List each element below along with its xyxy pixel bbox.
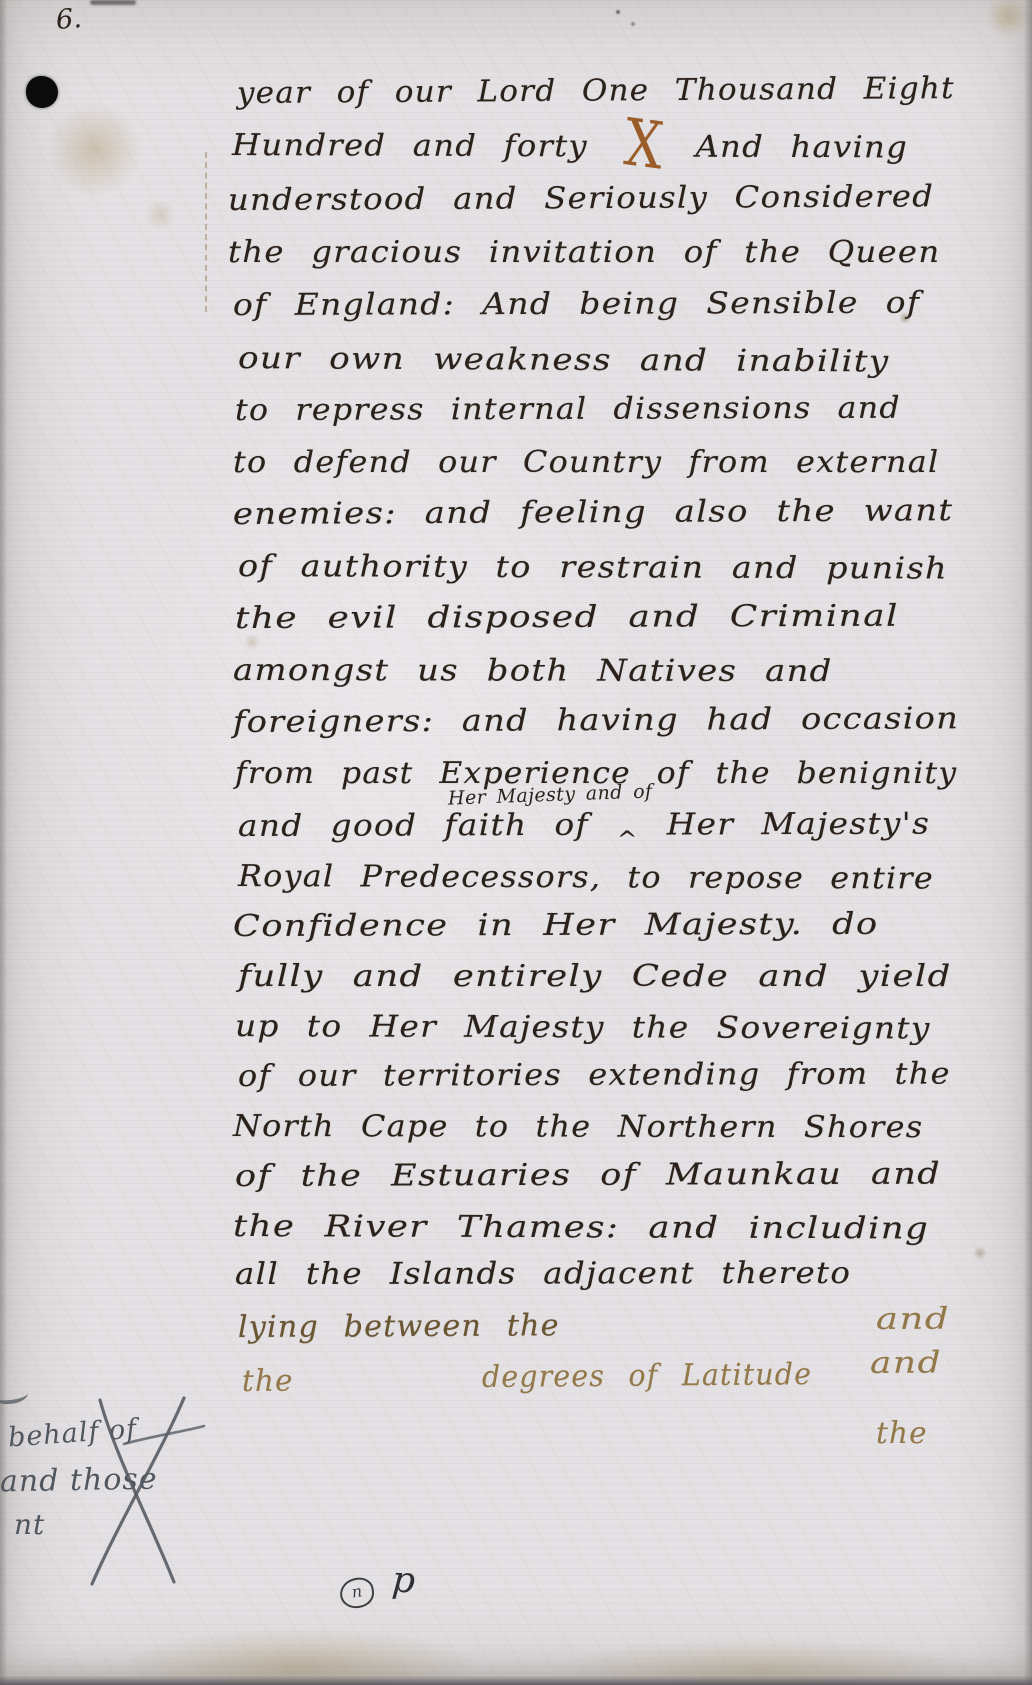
- paper-right-edge: [1024, 0, 1032, 1685]
- manuscript-line: our own weakness and inability: [238, 341, 890, 379]
- paper-left-edge: [0, 0, 7, 1685]
- manuscript-line: Royal Predecessors, to repose entire: [238, 859, 934, 896]
- margin-note-line: nt: [14, 1508, 45, 1541]
- manuscript-line-segment: to defend our Country from external: [233, 445, 939, 480]
- manuscript-line: degrees of Latitude: [482, 1357, 812, 1395]
- manuscript-line-segment: year of our Lord One Thousand Eight: [237, 71, 955, 111]
- manuscript-line: understood and Seriously Considered: [228, 179, 934, 218]
- manuscript-line-segment: of authority to restrain and punish: [238, 549, 948, 586]
- manuscript-line-segment: foreigners: and having had occasion: [233, 701, 959, 740]
- insertion-cross-mark: X: [625, 142, 664, 147]
- manuscript-line: to repress internal dissensions and: [235, 391, 901, 428]
- manuscript-line: the gracious invitation of the Queen: [228, 235, 940, 270]
- manuscript-line-segment: Royal Predecessors, to repose entire: [238, 859, 934, 896]
- manuscript-line: to defend our Country from external: [233, 445, 939, 480]
- manuscript-line: foreigners: and having had occasion: [233, 701, 959, 740]
- manuscript-line: Confidence in Her Majesty. do: [233, 907, 879, 944]
- manuscript-line-segment: Confidence in Her Majesty. do: [233, 907, 879, 944]
- manuscript-line-segment: and good faith of: [238, 808, 589, 844]
- fold-crease-line: [205, 152, 207, 312]
- manuscript-line-segment: of the Estuaries of Maunkau and: [235, 1157, 941, 1194]
- manuscript-line: all the Islands adjacent thereto: [235, 1256, 851, 1292]
- manuscript-line-segment: enemies: and feeling also the want: [233, 493, 954, 532]
- top-edge-smudge: [90, 0, 136, 5]
- manuscript-line: the River Thames: and including: [233, 1209, 929, 1246]
- paper-bottom-edge: [0, 1676, 1032, 1685]
- manuscript-line-segment: Hundred and forty: [232, 128, 588, 164]
- manuscript-line: of our territories extending from the: [238, 1057, 951, 1094]
- manuscript-line-segment: up to Her Majesty the Sovereignty: [235, 1009, 931, 1046]
- manuscript-line: and: [870, 1345, 942, 1381]
- manuscript-page: 6. year of our Lord One Thousand EightHu…: [0, 0, 1032, 1685]
- manuscript-line: fully and entirely Cede and yield: [238, 959, 952, 994]
- manuscript-line-segment: fully and entirely Cede and yield: [238, 959, 952, 994]
- manuscript-line-segment: to repress internal dissensions and: [235, 391, 901, 428]
- manuscript-line-segment: our own weakness and inability: [238, 341, 890, 379]
- manuscript-line-segment: amongst us both Natives and: [233, 653, 833, 689]
- manuscript-line: the: [876, 1416, 928, 1451]
- manuscript-line: up to Her Majesty the Sovereignty: [235, 1009, 931, 1046]
- margin-cross-out-mark: [72, 1392, 222, 1592]
- manuscript-line: of the Estuaries of Maunkau and: [235, 1157, 941, 1194]
- manuscript-line: of authority to restrain and punish: [238, 549, 948, 586]
- manuscript-line-segment: the gracious invitation of the Queen: [228, 235, 940, 270]
- manuscript-line-segment: all the Islands adjacent thereto: [235, 1256, 851, 1292]
- manuscript-line-segment: And having: [695, 130, 908, 166]
- manuscript-line: Hundred and forty X And having: [232, 128, 908, 165]
- page-number: 6.: [55, 3, 83, 36]
- manuscript-line: amongst us both Natives and: [233, 653, 833, 689]
- caret-mark: ^: [617, 828, 639, 853]
- manuscript-line: year of our Lord One Thousand Eight: [237, 71, 955, 111]
- manuscript-line-segment: understood and Seriously Considered: [228, 179, 934, 218]
- manuscript-line: North Cape to the Northern Shores: [233, 1109, 923, 1145]
- circled-letter-mark: n: [338, 1576, 376, 1610]
- manuscript-line-segment: Her Majesty's: [667, 807, 931, 843]
- manuscript-line: enemies: and feeling also the want: [233, 493, 954, 532]
- manuscript-line-segment: the River Thames: and including: [233, 1209, 929, 1246]
- manuscript-line-segment: of England: And being Sensible of: [233, 286, 920, 323]
- manuscript-line: and good faith of ^ Her Majesty's: [238, 807, 930, 844]
- manuscript-line: lying between the: [238, 1308, 560, 1345]
- punch-hole: [26, 76, 58, 108]
- manuscript-line-segment: North Cape to the Northern Shores: [233, 1109, 923, 1145]
- manuscript-line: the evil disposed and Criminal: [235, 599, 899, 636]
- letter-p-mark: p: [391, 1559, 417, 1602]
- manuscript-line: the: [242, 1364, 294, 1399]
- manuscript-line: and: [876, 1302, 950, 1337]
- manuscript-line-segment: the evil disposed and Criminal: [235, 599, 899, 636]
- manuscript-line: of England: And being Sensible of: [233, 286, 920, 323]
- manuscript-line-segment: of our territories extending from the: [238, 1057, 951, 1094]
